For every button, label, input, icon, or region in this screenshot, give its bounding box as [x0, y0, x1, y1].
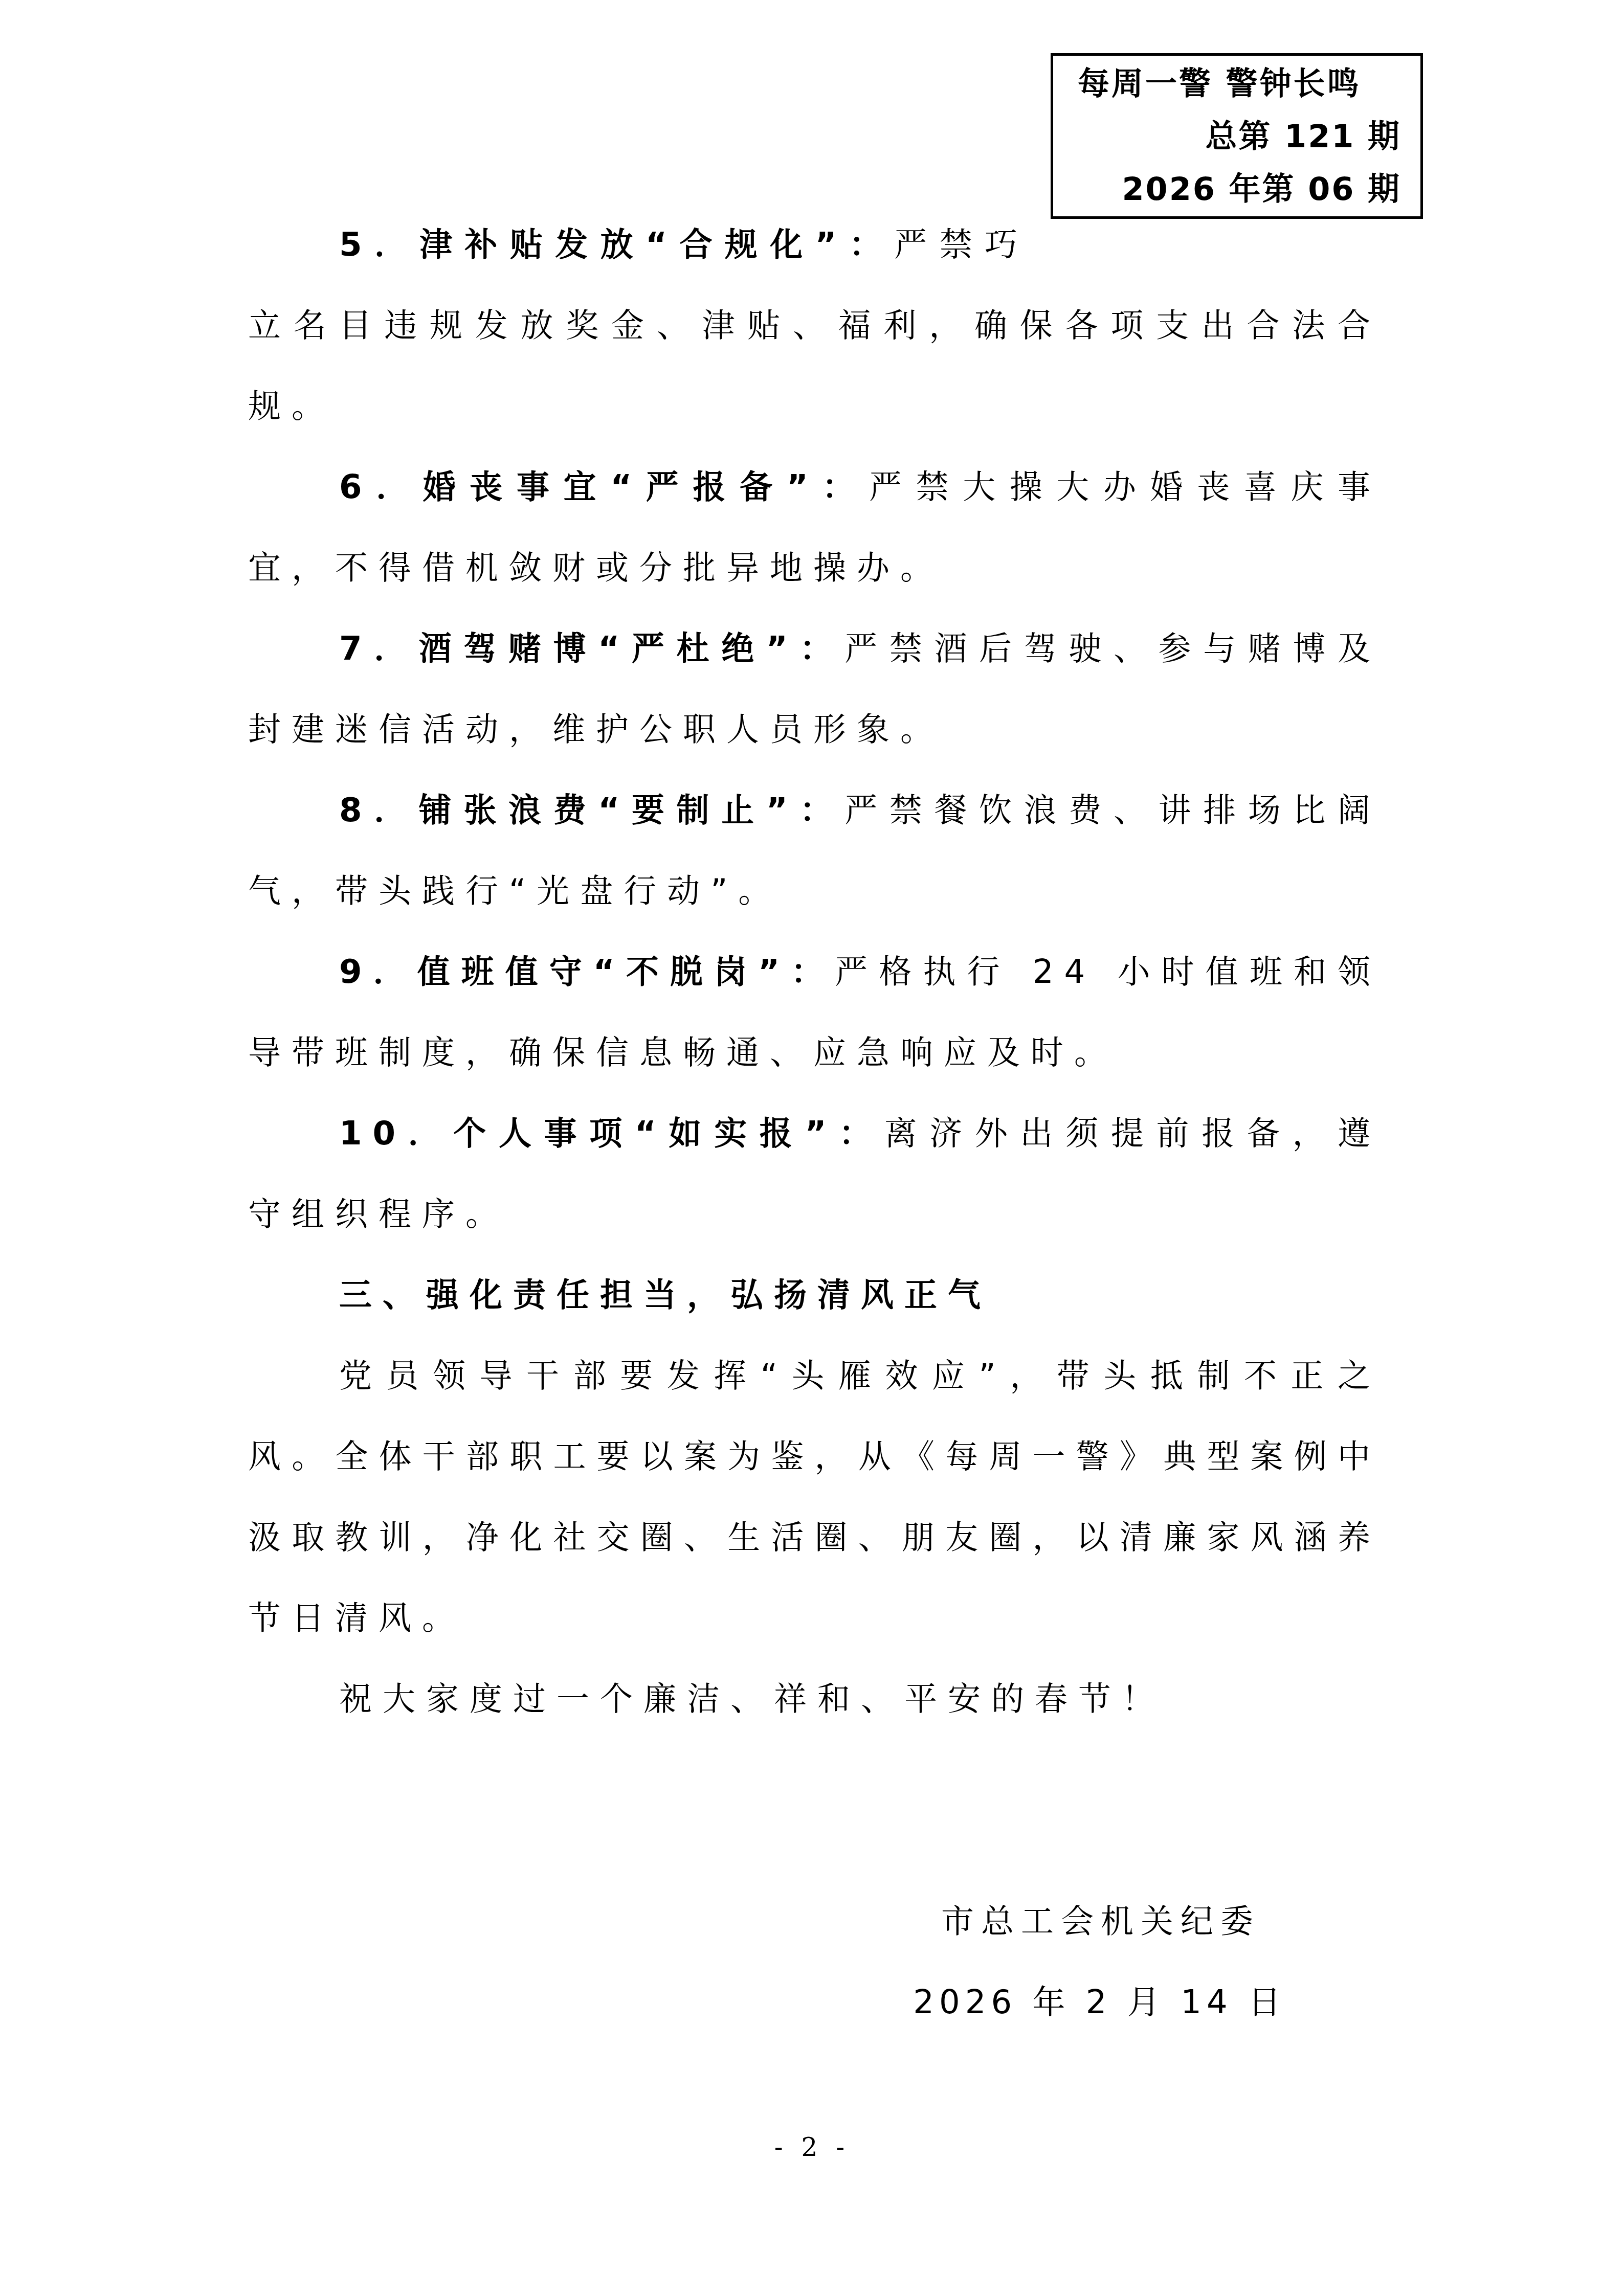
document-page: 每周一警 警钟长鸣 总第 121 期 2026 年第 06 期 5．津补贴发放“… — [0, 0, 1624, 2296]
list-item-10: 10．个人事项“如实报”：离济外出须提前报备，遵守组织程序。 — [248, 1093, 1381, 1255]
list-item-9: 9．值班值守“不脱岗”：严格执行 24 小时值班和领导带班制度，确保信息畅通、应… — [248, 932, 1381, 1093]
signature-date: 2026 年 2 月 14 日 — [248, 1962, 1381, 2043]
list-item-7: 7．酒驾赌博“严杜绝”：严禁酒后驾驶、参与赌博及封建迷信活动，维护公职人员形象。 — [248, 609, 1381, 770]
closing-wish: 祝大家度过一个廉洁、祥和、平安的春节！ — [248, 1659, 1381, 1740]
issue-title: 每周一警 警钟长鸣 — [1053, 57, 1420, 110]
issue-header-box: 每周一警 警钟长鸣 总第 121 期 2026 年第 06 期 — [1051, 53, 1423, 219]
headerbox-wrap-spacer — [1028, 205, 1381, 285]
section-heading: 三、强化责任担当，弘扬清风正气 — [248, 1255, 1381, 1336]
document-body: 5．津补贴发放“合规化”：严禁巧立名目违规发放奖金、津贴、福利，确保各项支出合法… — [248, 205, 1381, 2043]
list-item-8-label: 8．铺张浪费“要制止”： — [339, 792, 844, 829]
list-item-6-label: 6．婚丧事宜“严报备”： — [339, 468, 869, 506]
list-item-8: 8．铺张浪费“要制止”：严禁餐饮浪费、讲排场比阔气，带头践行“光盘行动”。 — [248, 770, 1381, 932]
list-item-9-label: 9．值班值守“不脱岗”： — [339, 953, 835, 991]
list-item-5-label: 5．津补贴发放“合规化”： — [339, 226, 894, 264]
signature-org: 市总工会机关纪委 — [248, 1881, 1381, 1962]
page-number: - 2 - — [0, 2131, 1624, 2163]
list-item-6: 6．婚丧事宜“严报备”：严禁大操大办婚丧喜庆事宜，不得借机敛财或分批异地操办。 — [248, 447, 1381, 609]
list-item-5: 5．津补贴发放“合规化”：严禁巧立名目违规发放奖金、津贴、福利，确保各项支出合法… — [248, 205, 1381, 447]
list-item-10-label: 10．个人事项“如实报”： — [339, 1115, 884, 1153]
signature-block: 市总工会机关纪委 2026 年 2 月 14 日 — [248, 1881, 1381, 2043]
list-item-7-label: 7．酒驾赌博“严杜绝”： — [339, 630, 844, 668]
body-paragraph: 党员领导干部要发挥“头雁效应”，带头抵制不正之风。全体干部职工要以案为鉴，从《每… — [248, 1336, 1381, 1659]
issue-total-number: 总第 121 期 — [1205, 110, 1420, 163]
